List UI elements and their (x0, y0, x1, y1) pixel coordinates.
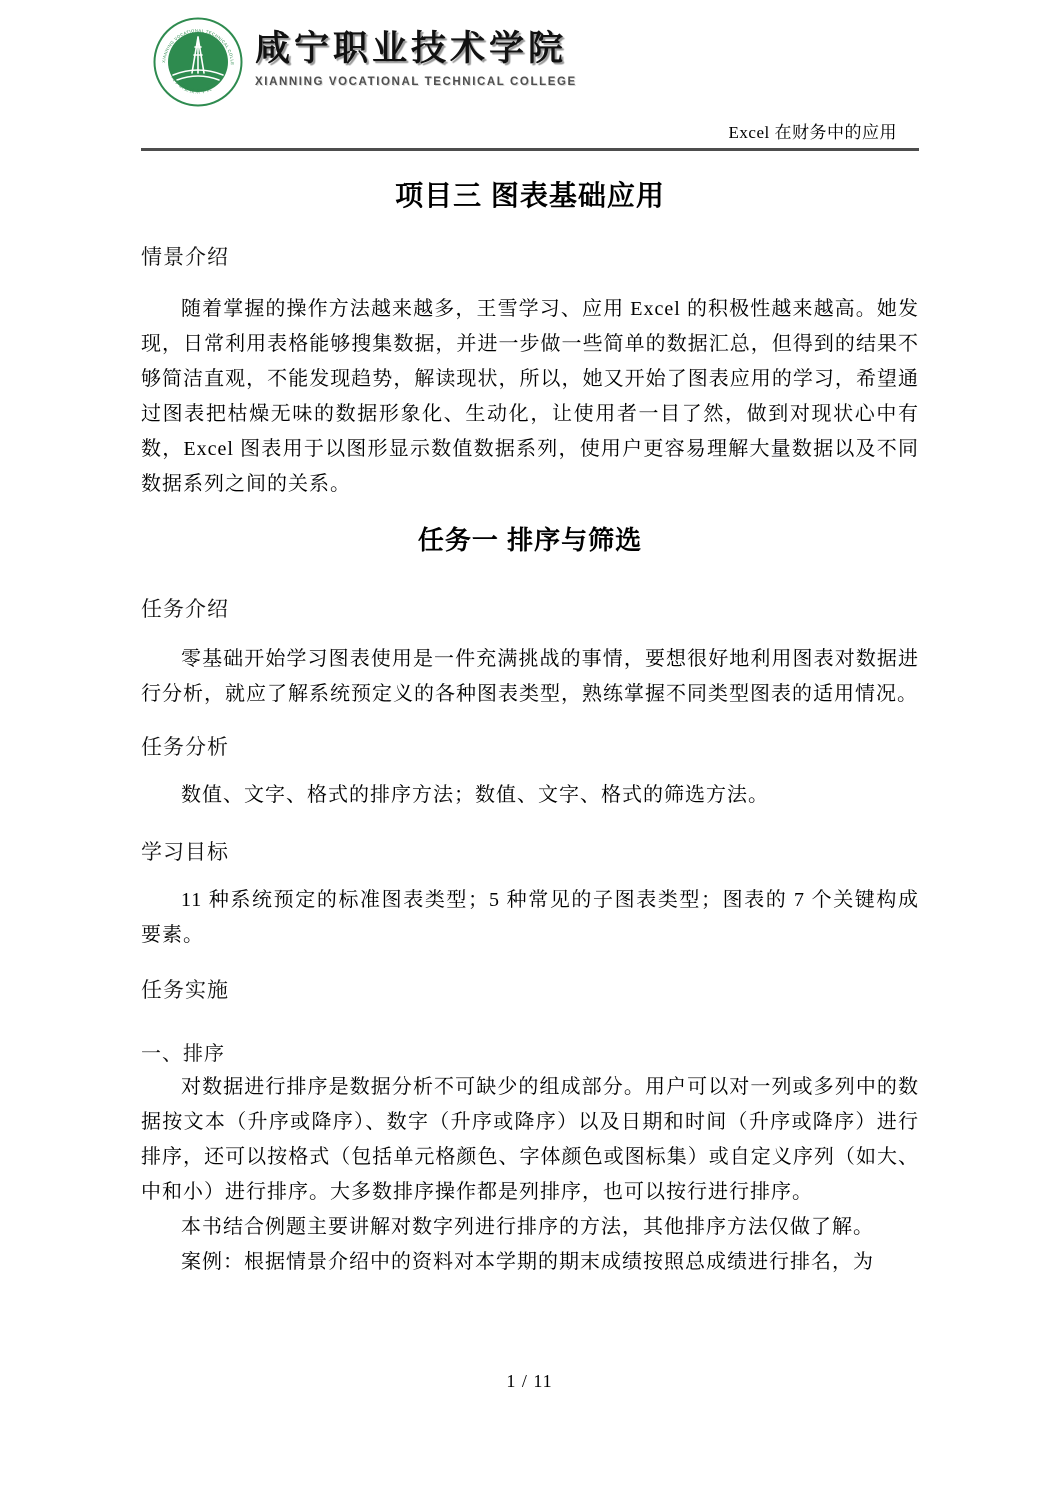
header-doc-label: Excel 在财务中的应用 (729, 118, 897, 143)
task-intro-paragraph: 零基础开始学习图表使用是一件充满挑战的事情，要想很好地利用图表对数据进行分析，就… (141, 642, 919, 712)
page-header: XIANNING VOCATIONAL TECHNICAL COLLEGE 咸宁… (141, 0, 919, 151)
college-name-en: XIANNING VOCATIONAL TECHNICAL COLLEGE (255, 76, 577, 88)
sort-paragraph-3: 案例：根据情景介绍中的资料对本学期的期末成绩按照总成绩进行排名，为 (141, 1245, 919, 1280)
scene-intro-paragraph: 随着掌握的操作方法越来越多，王雪学习、应用 Excel 的积极性越来越高。她发现… (141, 292, 919, 502)
college-name-zh: 咸宁职业技术学院 (255, 27, 577, 71)
task-analysis-heading: 任务分析 (141, 732, 919, 762)
college-name-block: 咸宁职业技术学院 XIANNING VOCATIONAL TECHNICAL C… (255, 17, 577, 88)
sort-paragraph-1: 对数据进行排序是数据分析不可缺少的组成部分。用户可以对一列或多列中的数据按文本（… (141, 1070, 919, 1210)
document-page: XIANNING VOCATIONAL TECHNICAL COLLEGE 咸宁… (0, 0, 1059, 1497)
task-implementation-heading: 任务实施 (141, 975, 919, 1005)
scene-intro-heading: 情景介绍 (141, 242, 919, 272)
task-intro-heading: 任务介绍 (141, 594, 919, 624)
learning-goal-heading: 学习目标 (141, 837, 919, 867)
college-logo-icon: XIANNING VOCATIONAL TECHNICAL COLLEGE 咸宁… (153, 17, 243, 107)
learning-goal-paragraph: 11 种系统预定的标准图表类型；5 种常见的子图表类型；图表的 7 个关键构成要… (141, 883, 919, 953)
page-number: 1 / 11 (0, 1371, 1059, 1392)
sort-section-heading: 一、排序 (141, 1040, 919, 1068)
sort-paragraph-2: 本书结合例题主要讲解对数字列进行排序的方法，其他排序方法仅做了解。 (141, 1210, 919, 1245)
college-logo-block: XIANNING VOCATIONAL TECHNICAL COLLEGE 咸宁… (153, 17, 577, 107)
task-analysis-paragraph: 数值、文字、格式的排序方法；数值、文字、格式的筛选方法。 (141, 778, 919, 813)
task-title: 任务一 排序与筛选 (141, 522, 919, 558)
project-title: 项目三 图表基础应用 (141, 176, 919, 216)
